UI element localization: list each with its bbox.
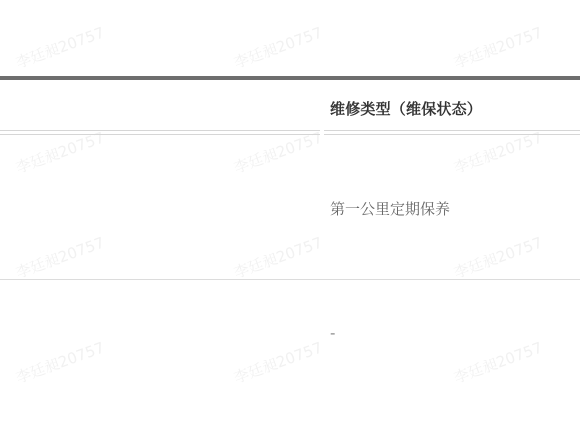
maintenance-type-cell: 第一公里定期保养 bbox=[330, 198, 450, 219]
table-row[interactable]: 第一公里定期保养 bbox=[0, 135, 580, 279]
watermark: 李廷昶20757 bbox=[451, 22, 545, 73]
column-header-maintenance-type[interactable]: 维修类型（维保状态） bbox=[330, 98, 482, 119]
maintenance-type-cell: - bbox=[330, 324, 335, 342]
maintenance-table-page: 李廷昶20757 李廷昶20757 李廷昶20757 李廷昶20757 李廷昶2… bbox=[0, 0, 580, 435]
watermark: 李廷昶20757 bbox=[231, 22, 325, 73]
table-row[interactable]: - bbox=[0, 280, 580, 435]
table-header-row: 维修类型（维保状态） bbox=[0, 80, 580, 130]
header-divider bbox=[0, 130, 580, 131]
watermark: 李廷昶20757 bbox=[13, 22, 107, 73]
